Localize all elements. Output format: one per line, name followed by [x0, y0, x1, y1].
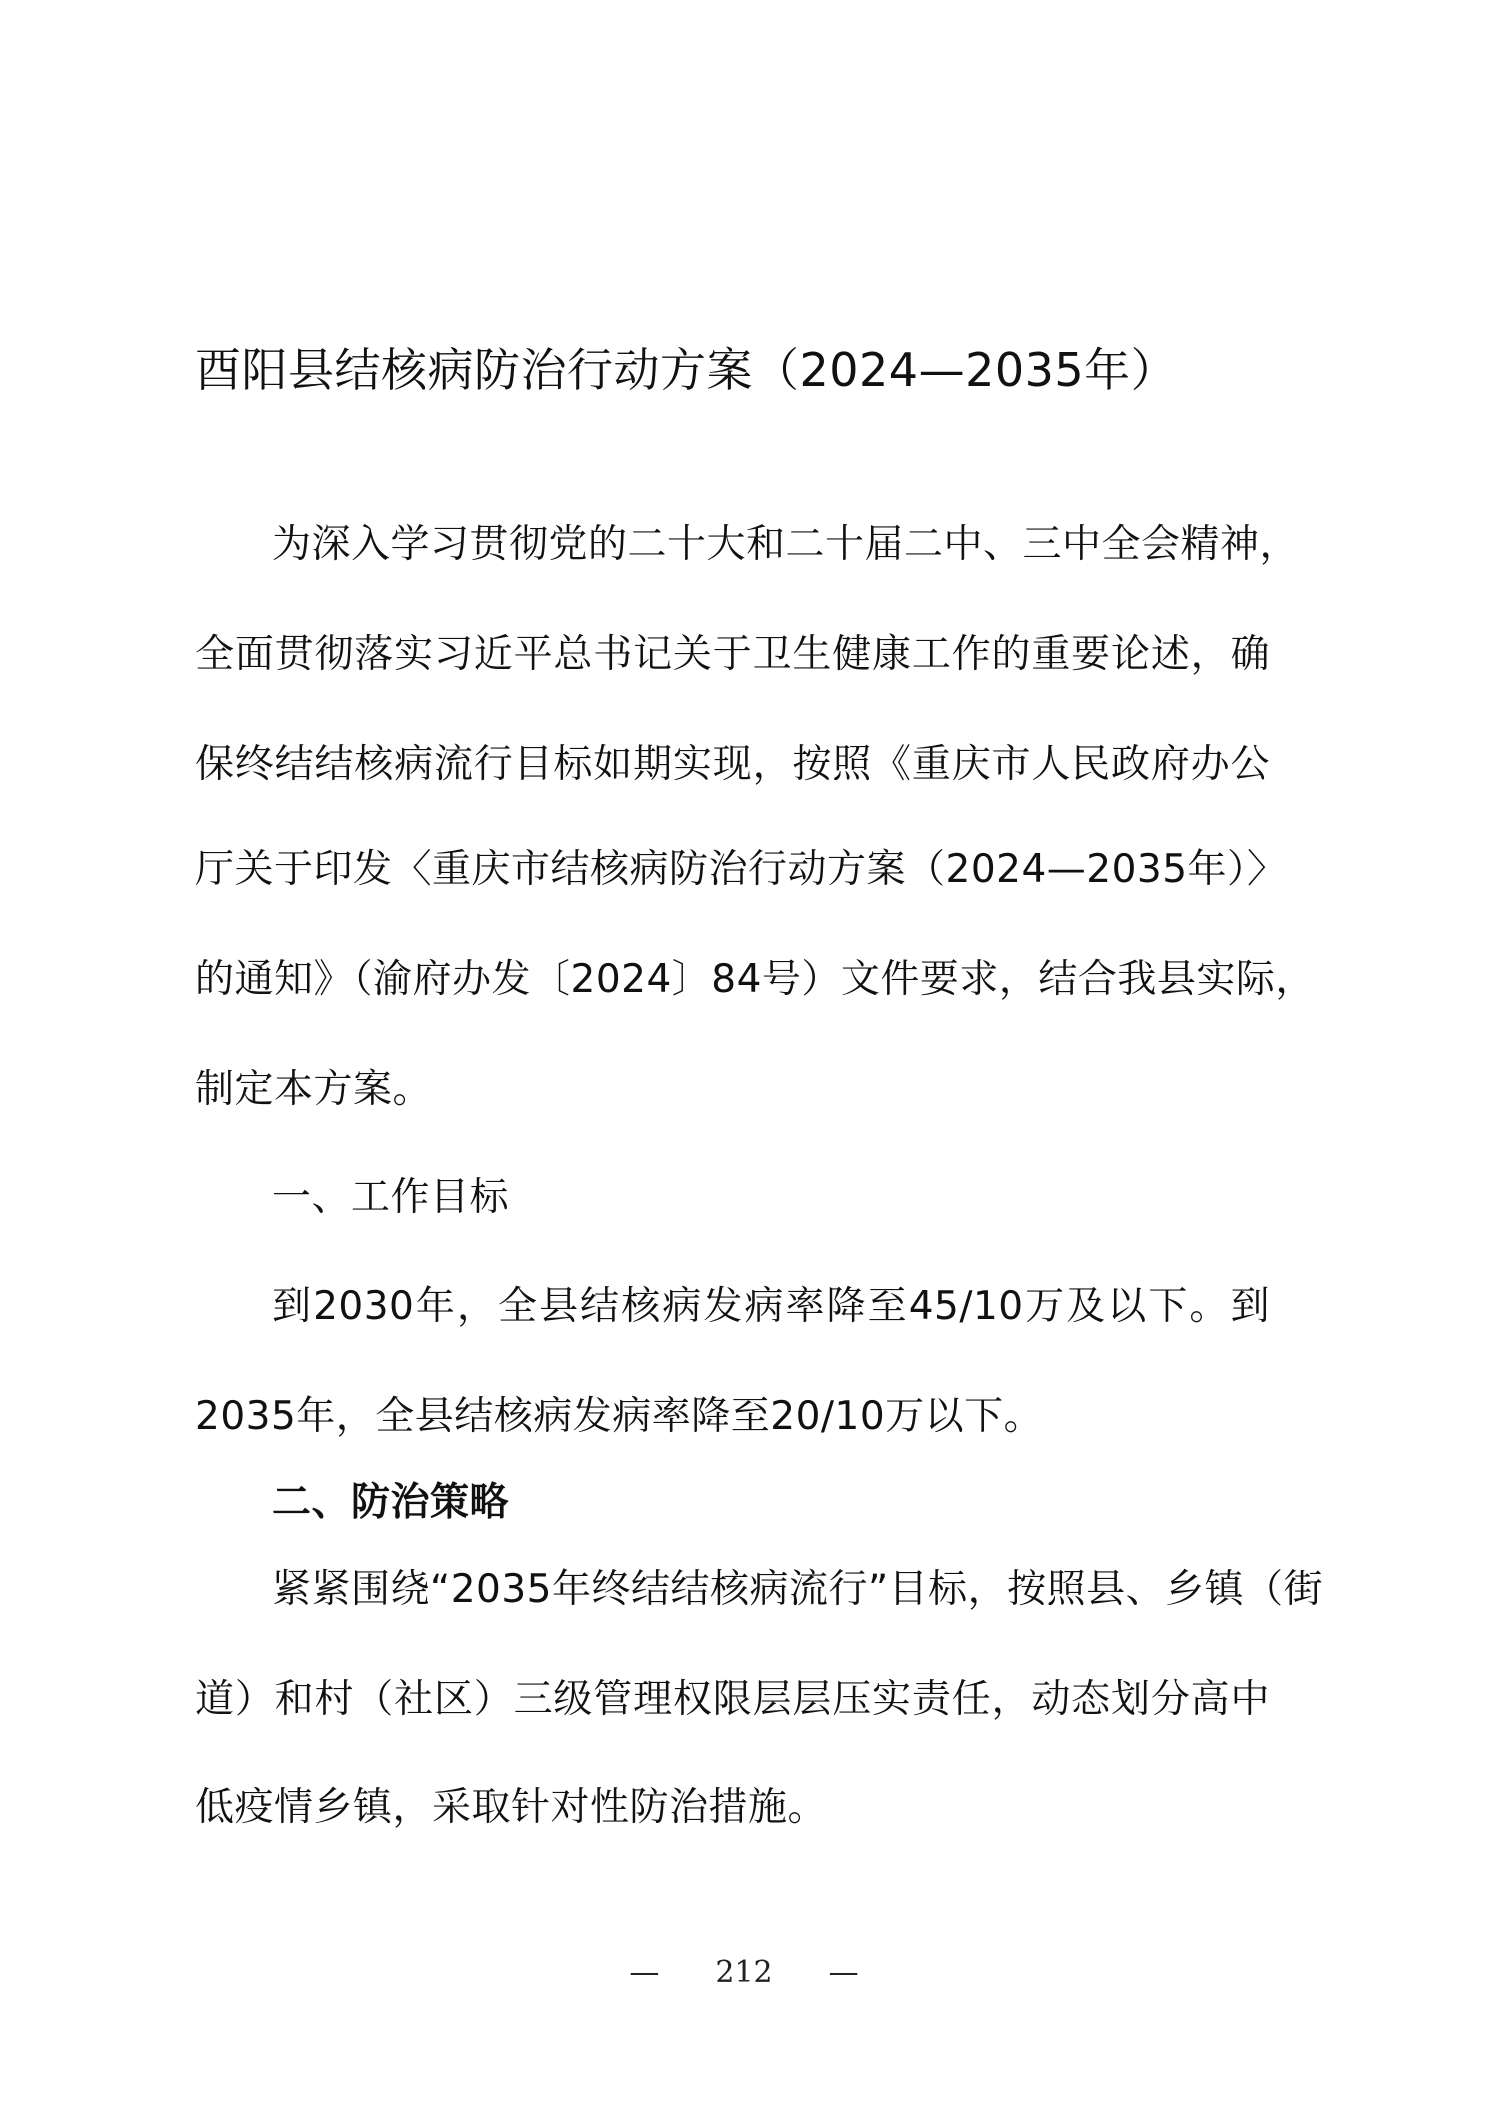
paragraph-line: 低疫情乡镇，采取针对性防治措施。 [195, 1783, 1270, 1833]
section-heading: 一、工作目标 [272, 1173, 1270, 1223]
paragraph-line: 厅关于印发〈重庆市结核病防治行动方案（2024—2035年）〉 [195, 845, 1270, 895]
dash-right: — [829, 1955, 859, 1990]
document-title: 酉阳县结核病防治行动方案（2024—2035年） [195, 340, 1275, 400]
section-heading: 二、防治策略 [272, 1478, 1270, 1528]
paragraph-line: 全面贯彻落实习近平总书记关于卫生健康工作的重要论述，确 [195, 630, 1270, 680]
page-number-footer: —212— [0, 1955, 1488, 1990]
paragraph-line: 的通知》（渝府办发〔2024〕84号）文件要求，结合我县实际， [195, 955, 1270, 1005]
paragraph-line: 道）和村（社区）三级管理权限层层压实责任，动态划分高中 [195, 1675, 1270, 1725]
paragraph-line: 紧紧围绕“2035年终结结核病流行”目标，按照县、乡镇（街 [272, 1565, 1270, 1615]
paragraph-line: 制定本方案。 [195, 1065, 1270, 1115]
paragraph-line: 2035年，全县结核病发病率降至20/10万以下。 [195, 1392, 1270, 1442]
paragraph-line: 保终结结核病流行目标如期实现，按照《重庆市人民政府办公 [195, 740, 1270, 790]
paragraph-line: 为深入学习贯彻党的二十大和二十届二中、三中全会精神， [272, 520, 1270, 570]
dash-left: — [629, 1955, 659, 1990]
paragraph-line: 到2030年，全县结核病发病率降至45/10万及以下。到 [272, 1282, 1270, 1332]
page-number: 212 [715, 1955, 772, 1990]
